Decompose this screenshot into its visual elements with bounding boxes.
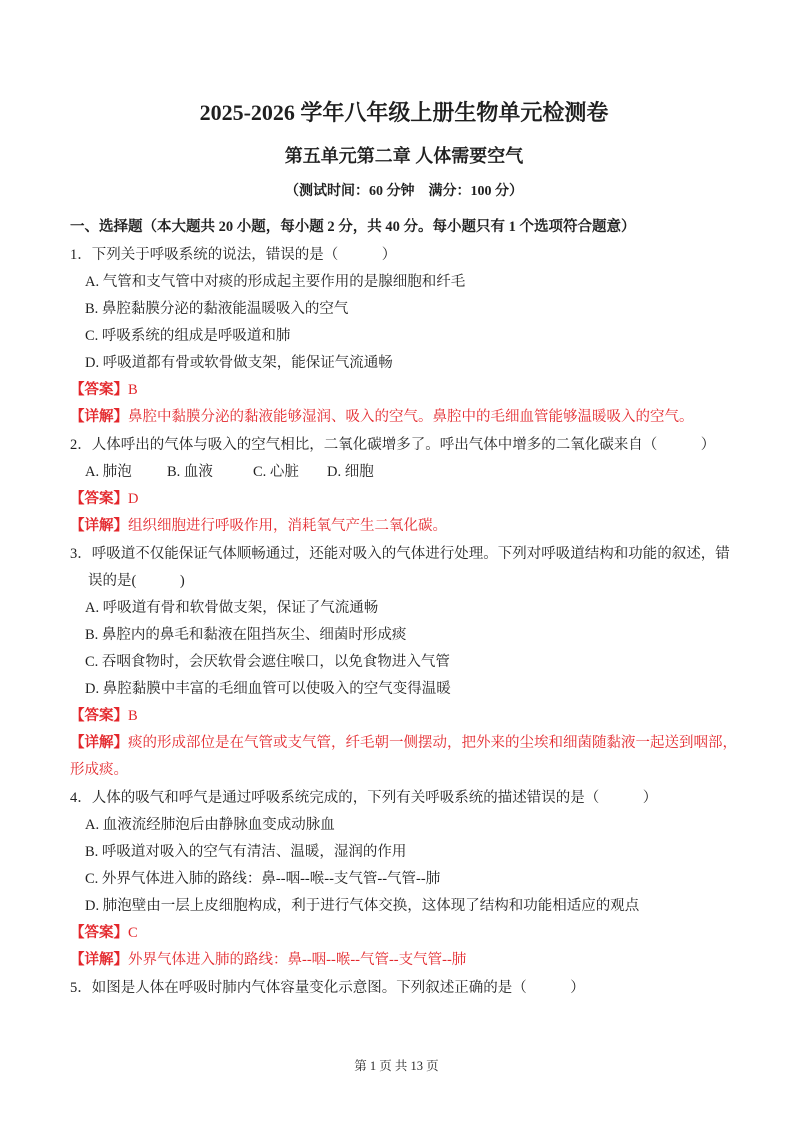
question-2-explanation-line: 【详解】组织细胞进行呼吸作用，消耗氧气产生二氧化碳。 bbox=[70, 513, 738, 540]
explanation-text: 鼻腔中黏膜分泌的黏液能够湿润、吸入的空气。鼻腔中的毛细血管能够温暖吸入的空气。 bbox=[128, 409, 694, 425]
question-1-option-d: D. 呼吸道都有骨或软骨做支架，能保证气流通畅 bbox=[70, 350, 738, 377]
question-4-explanation-line: 【详解】外界气体进入肺的路线：鼻--咽--喉--气管--支气管--肺 bbox=[70, 947, 738, 974]
question-1-answer-line: 【答案】B bbox=[70, 377, 738, 404]
question-3-option-a: A. 呼吸道有骨和软骨做支架，保证了气流通畅 bbox=[70, 595, 738, 622]
question-2: 2．人体呼出的气体与吸入的空气相比，二氧化碳增多了。呼出气体中增多的二氧化碳来自… bbox=[70, 432, 738, 540]
explain-label: 【详解】 bbox=[70, 952, 128, 968]
question-3-stem: 3．呼吸道不仅能保证气体顺畅通过，还能对吸入的气体进行处理。下列对呼吸道结构和功… bbox=[70, 541, 738, 595]
question-1-explanation-line: 【详解】鼻腔中黏膜分泌的黏液能够湿润、吸入的空气。鼻腔中的毛细血管能够温暖吸入的… bbox=[70, 404, 738, 431]
explain-label: 【详解】 bbox=[70, 518, 128, 534]
question-3-option-c: C. 吞咽食物时，会厌软骨会遮住喉口，以免食物进入气管 bbox=[70, 649, 738, 676]
question-5-stem: 5．如图是人体在呼吸时肺内气体容量变化示意图。下列叙述正确的是（ ） bbox=[70, 975, 738, 1002]
question-2-option-c: C. 心脏 bbox=[253, 459, 327, 486]
answer-label: 【答案】 bbox=[70, 382, 128, 398]
question-1-stem: 1．下列关于呼吸系统的说法，错误的是（ ） bbox=[70, 242, 738, 269]
explanation-text: 痰的形成部位是在气管或支气管，纤毛朝一侧摆动，把外来的尘埃和细菌随黏液一起送到咽… bbox=[70, 735, 737, 778]
exam-content: 2025-2026 学年八年级上册生物单元检测卷 第五单元第二章 人体需要空气 … bbox=[0, 0, 793, 1002]
question-3-option-d: D. 鼻腔黏膜中丰富的毛细血管可以使吸入的空气变得温暖 bbox=[70, 676, 738, 703]
question-4-option-c: C. 外界气体进入肺的路线：鼻--咽--喉--支气管--气管--肺 bbox=[70, 866, 738, 893]
answer-label: 【答案】 bbox=[70, 491, 128, 507]
question-4-answer-line: 【答案】C bbox=[70, 920, 738, 947]
chapter-title: 第五单元第二章 人体需要空气 bbox=[70, 144, 738, 169]
question-2-answer-line: 【答案】D bbox=[70, 486, 738, 513]
question-1-option-c: C. 呼吸系统的组成是呼吸道和肺 bbox=[70, 323, 738, 350]
question-3-answer-line: 【答案】B bbox=[70, 703, 738, 730]
section-header: 一、选择题（本大题共 20 小题，每小题 2 分，共 40 分。每小题只有 1 … bbox=[70, 214, 738, 241]
question-3-option-b: B. 鼻腔内的鼻毛和黏液在阻挡灰尘、细菌时形成痰 bbox=[70, 622, 738, 649]
question-4-option-b: B. 呼吸道对吸入的空气有清洁、温暖，湿润的作用 bbox=[70, 839, 738, 866]
answer-label: 【答案】 bbox=[70, 925, 128, 941]
answer-label: 【答案】 bbox=[70, 708, 128, 724]
exam-meta: （测试时间：60 分钟 满分：100 分） bbox=[70, 182, 738, 202]
question-1-option-a: A. 气管和支气管中对痰的形成起主要作用的是腺细胞和纤毛 bbox=[70, 269, 738, 296]
answer-value: D bbox=[128, 491, 138, 507]
answer-value: C bbox=[128, 925, 138, 941]
answer-value: B bbox=[128, 708, 138, 724]
question-2-option-a: A. 肺泡 bbox=[85, 459, 167, 486]
exam-title: 2025-2026 学年八年级上册生物单元检测卷 bbox=[70, 97, 738, 129]
question-1-option-b: B. 鼻腔黏膜分泌的黏液能温暖吸入的空气 bbox=[70, 296, 738, 323]
question-1: 1．下列关于呼吸系统的说法，错误的是（ ） A. 气管和支气管中对痰的形成起主要… bbox=[70, 242, 738, 431]
exam-page: 2025-2026 学年八年级上册生物单元检测卷 第五单元第二章 人体需要空气 … bbox=[0, 0, 793, 1122]
explanation-text: 组织细胞进行呼吸作用，消耗氧气产生二氧化碳。 bbox=[128, 518, 447, 534]
question-4-option-a: A. 血液流经肺泡后由静脉血变成动脉血 bbox=[70, 812, 738, 839]
explanation-text: 外界气体进入肺的路线：鼻--咽--喉--气管--支气管--肺 bbox=[128, 952, 466, 968]
question-3: 3．呼吸道不仅能保证气体顺畅通过，还能对吸入的气体进行处理。下列对呼吸道结构和功… bbox=[70, 541, 738, 784]
explain-label: 【详解】 bbox=[70, 735, 128, 751]
question-2-options-row: A. 肺泡B. 血液C. 心脏D. 细胞 bbox=[70, 459, 738, 486]
page-footer: 第 1 页 共 13 页 bbox=[0, 1056, 793, 1074]
question-4-option-d: D. 肺泡壁由一层上皮细胞构成，利于进行气体交换，这体现了结构和功能相适应的观点 bbox=[70, 893, 738, 920]
explain-label: 【详解】 bbox=[70, 409, 128, 425]
question-2-option-b: B. 血液 bbox=[167, 459, 253, 486]
question-4-stem: 4．人体的吸气和呼气是通过呼吸系统完成的，下列有关呼吸系统的描述错误的是（ ） bbox=[70, 785, 738, 812]
question-4: 4．人体的吸气和呼气是通过呼吸系统完成的，下列有关呼吸系统的描述错误的是（ ） … bbox=[70, 785, 738, 974]
question-2-stem: 2．人体呼出的气体与吸入的空气相比，二氧化碳增多了。呼出气体中增多的二氧化碳来自… bbox=[70, 432, 738, 459]
question-5: 5．如图是人体在呼吸时肺内气体容量变化示意图。下列叙述正确的是（ ） bbox=[70, 975, 738, 1002]
question-3-explanation-line: 【详解】痰的形成部位是在气管或支气管，纤毛朝一侧摆动，把外来的尘埃和细菌随黏液一… bbox=[70, 730, 738, 784]
answer-value: B bbox=[128, 382, 138, 398]
question-2-option-d: D. 细胞 bbox=[327, 459, 374, 486]
